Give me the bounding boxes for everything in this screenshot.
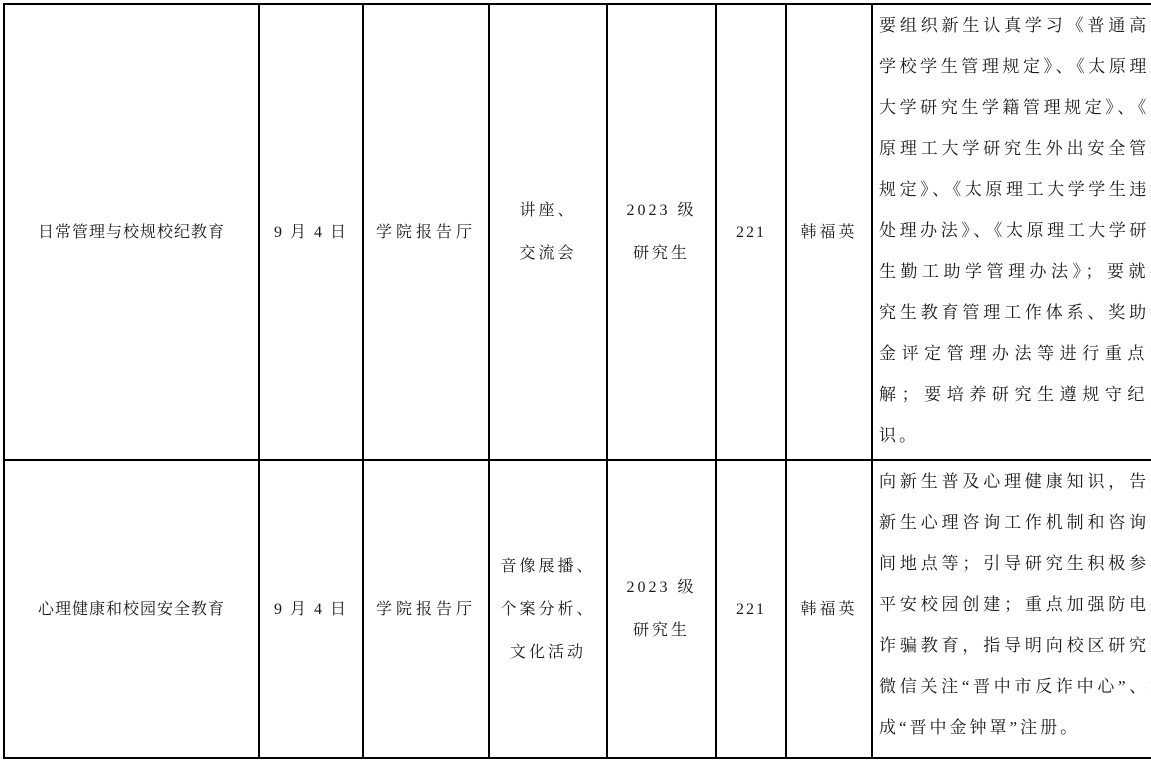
format-line: 音像展播、	[490, 545, 606, 588]
format-line: 交流会	[490, 232, 606, 275]
cell-location: 学院报告厅	[363, 460, 489, 758]
cell-activity-name: 日常管理与校规校纪教育	[4, 4, 259, 460]
audience-line: 2023 级	[608, 566, 715, 609]
table-row: 心理健康和校园安全教育 9 月 4 日 学院报告厅 音像展播、 个案分析、 文化…	[4, 460, 1151, 758]
cell-activity-format: 音像展播、 个案分析、 文化活动	[489, 460, 607, 758]
document-page: 日常管理与校规校纪教育 9 月 4 日 学院报告厅 讲座、 交流会 2023 级…	[0, 0, 1151, 760]
cell-description: 要组织新生认真学习《普通高等学校学生管理规定》、《太原理工大学研究生学籍管理规定…	[872, 4, 1151, 460]
cell-date: 9 月 4 日	[259, 460, 363, 758]
cell-date: 9 月 4 日	[259, 4, 363, 460]
format-line: 讲座、	[490, 189, 606, 232]
format-line: 个案分析、	[490, 588, 606, 631]
format-line: 文化活动	[490, 631, 606, 674]
table-row: 日常管理与校规校纪教育 9 月 4 日 学院报告厅 讲座、 交流会 2023 级…	[4, 4, 1151, 460]
cell-audience: 2023 级 研究生	[607, 460, 716, 758]
cell-activity-format: 讲座、 交流会	[489, 4, 607, 460]
cell-location: 学院报告厅	[363, 4, 489, 460]
cell-participant-count: 221	[716, 460, 786, 758]
audience-line: 研究生	[608, 232, 715, 275]
audience-line: 2023 级	[608, 189, 715, 232]
cell-activity-name: 心理健康和校园安全教育	[4, 460, 259, 758]
cell-person-in-charge: 韩福英	[786, 4, 872, 460]
cell-audience: 2023 级 研究生	[607, 4, 716, 460]
audience-line: 研究生	[608, 609, 715, 652]
activity-schedule-table: 日常管理与校规校纪教育 9 月 4 日 学院报告厅 讲座、 交流会 2023 级…	[3, 3, 1151, 759]
cell-participant-count: 221	[716, 4, 786, 460]
cell-person-in-charge: 韩福英	[786, 460, 872, 758]
cell-description: 向新生普及心理健康知识，告知新生心理咨询工作机制和咨询时间地点等；引导研究生积极…	[872, 460, 1151, 758]
